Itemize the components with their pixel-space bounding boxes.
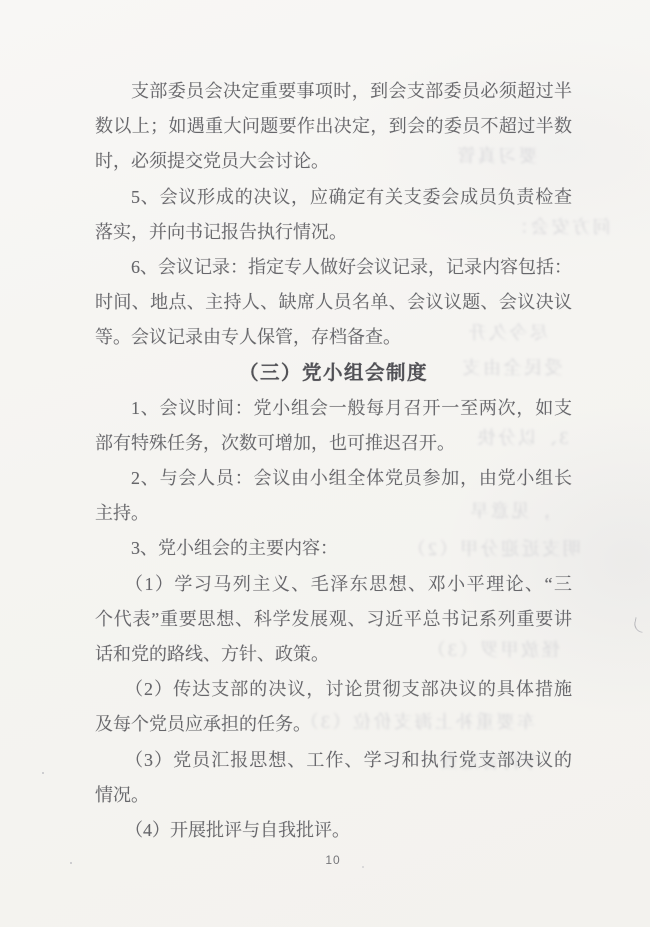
text-line: （1）学习马列主义、毛泽东思想、邓小平理论、“三: [125, 567, 572, 602]
text-line: 情况。: [95, 778, 572, 813]
scanned-page: 要习真管 问方安会： 尽今久升 受民全由支 3、以分快 ，见意早 明支近迎分甲（…: [0, 0, 650, 927]
section-heading: （三）党小组会制度: [95, 356, 572, 391]
text-line: （4）开展批评与自我批评。: [125, 813, 572, 848]
text-line: 5、会议形成的决议，应确定有关支委会成员负责检查: [131, 180, 572, 215]
text-line: 时，必须提交党员大会讨论。: [95, 144, 572, 179]
text-line: 数以上；如遇重大问题要作出决定，到会的委员不超过半数: [95, 109, 572, 144]
page-number: 10: [318, 853, 348, 867]
text-line: 3、党小组会的主要内容：: [131, 531, 572, 566]
document-body: 支部委员会决定重要事项时，到会支部委员必须超过半 数以上；如遇重大问题要作出决定…: [95, 74, 572, 848]
scan-speck: [362, 866, 364, 868]
scan-speck: [70, 862, 72, 864]
text-line: 6、会议记录：指定专人做好会议记录，记录内容包括：: [131, 250, 572, 285]
scan-artifact-mark: [633, 617, 646, 633]
text-line: 及每个党员应承担的任务。: [95, 707, 572, 742]
text-line: 话和党的路线、方针、政策。: [95, 637, 572, 672]
text-line: 1、会议时间：党小组会一般每月召开一至两次，如支: [131, 391, 572, 426]
scan-speck: [42, 772, 44, 774]
text-line: 个代表”重要思想、科学发展观、习近平总书记系列重要讲: [95, 602, 572, 637]
text-line: （2）传达支部的决议，讨论贯彻支部决议的具体措施: [125, 672, 572, 707]
text-line: 部有特殊任务，次数可增加，也可推迟召开。: [95, 426, 572, 461]
text-line: （3）党员汇报思想、工作、学习和执行党支部决议的: [125, 743, 572, 778]
text-line: 时间、地点、主持人、缺席人员名单、会议议题、会议决议: [95, 285, 572, 320]
text-line: 等。会议记录由专人保管，存档备查。: [95, 320, 572, 355]
text-line: 支部委员会决定重要事项时，到会支部委员必须超过半: [131, 74, 572, 109]
text-line: 主持。: [95, 496, 572, 531]
text-line: 落实，并向书记报告执行情况。: [95, 215, 572, 250]
text-line: 2、与会人员：会议由小组全体党员参加，由党小组长: [131, 461, 572, 496]
